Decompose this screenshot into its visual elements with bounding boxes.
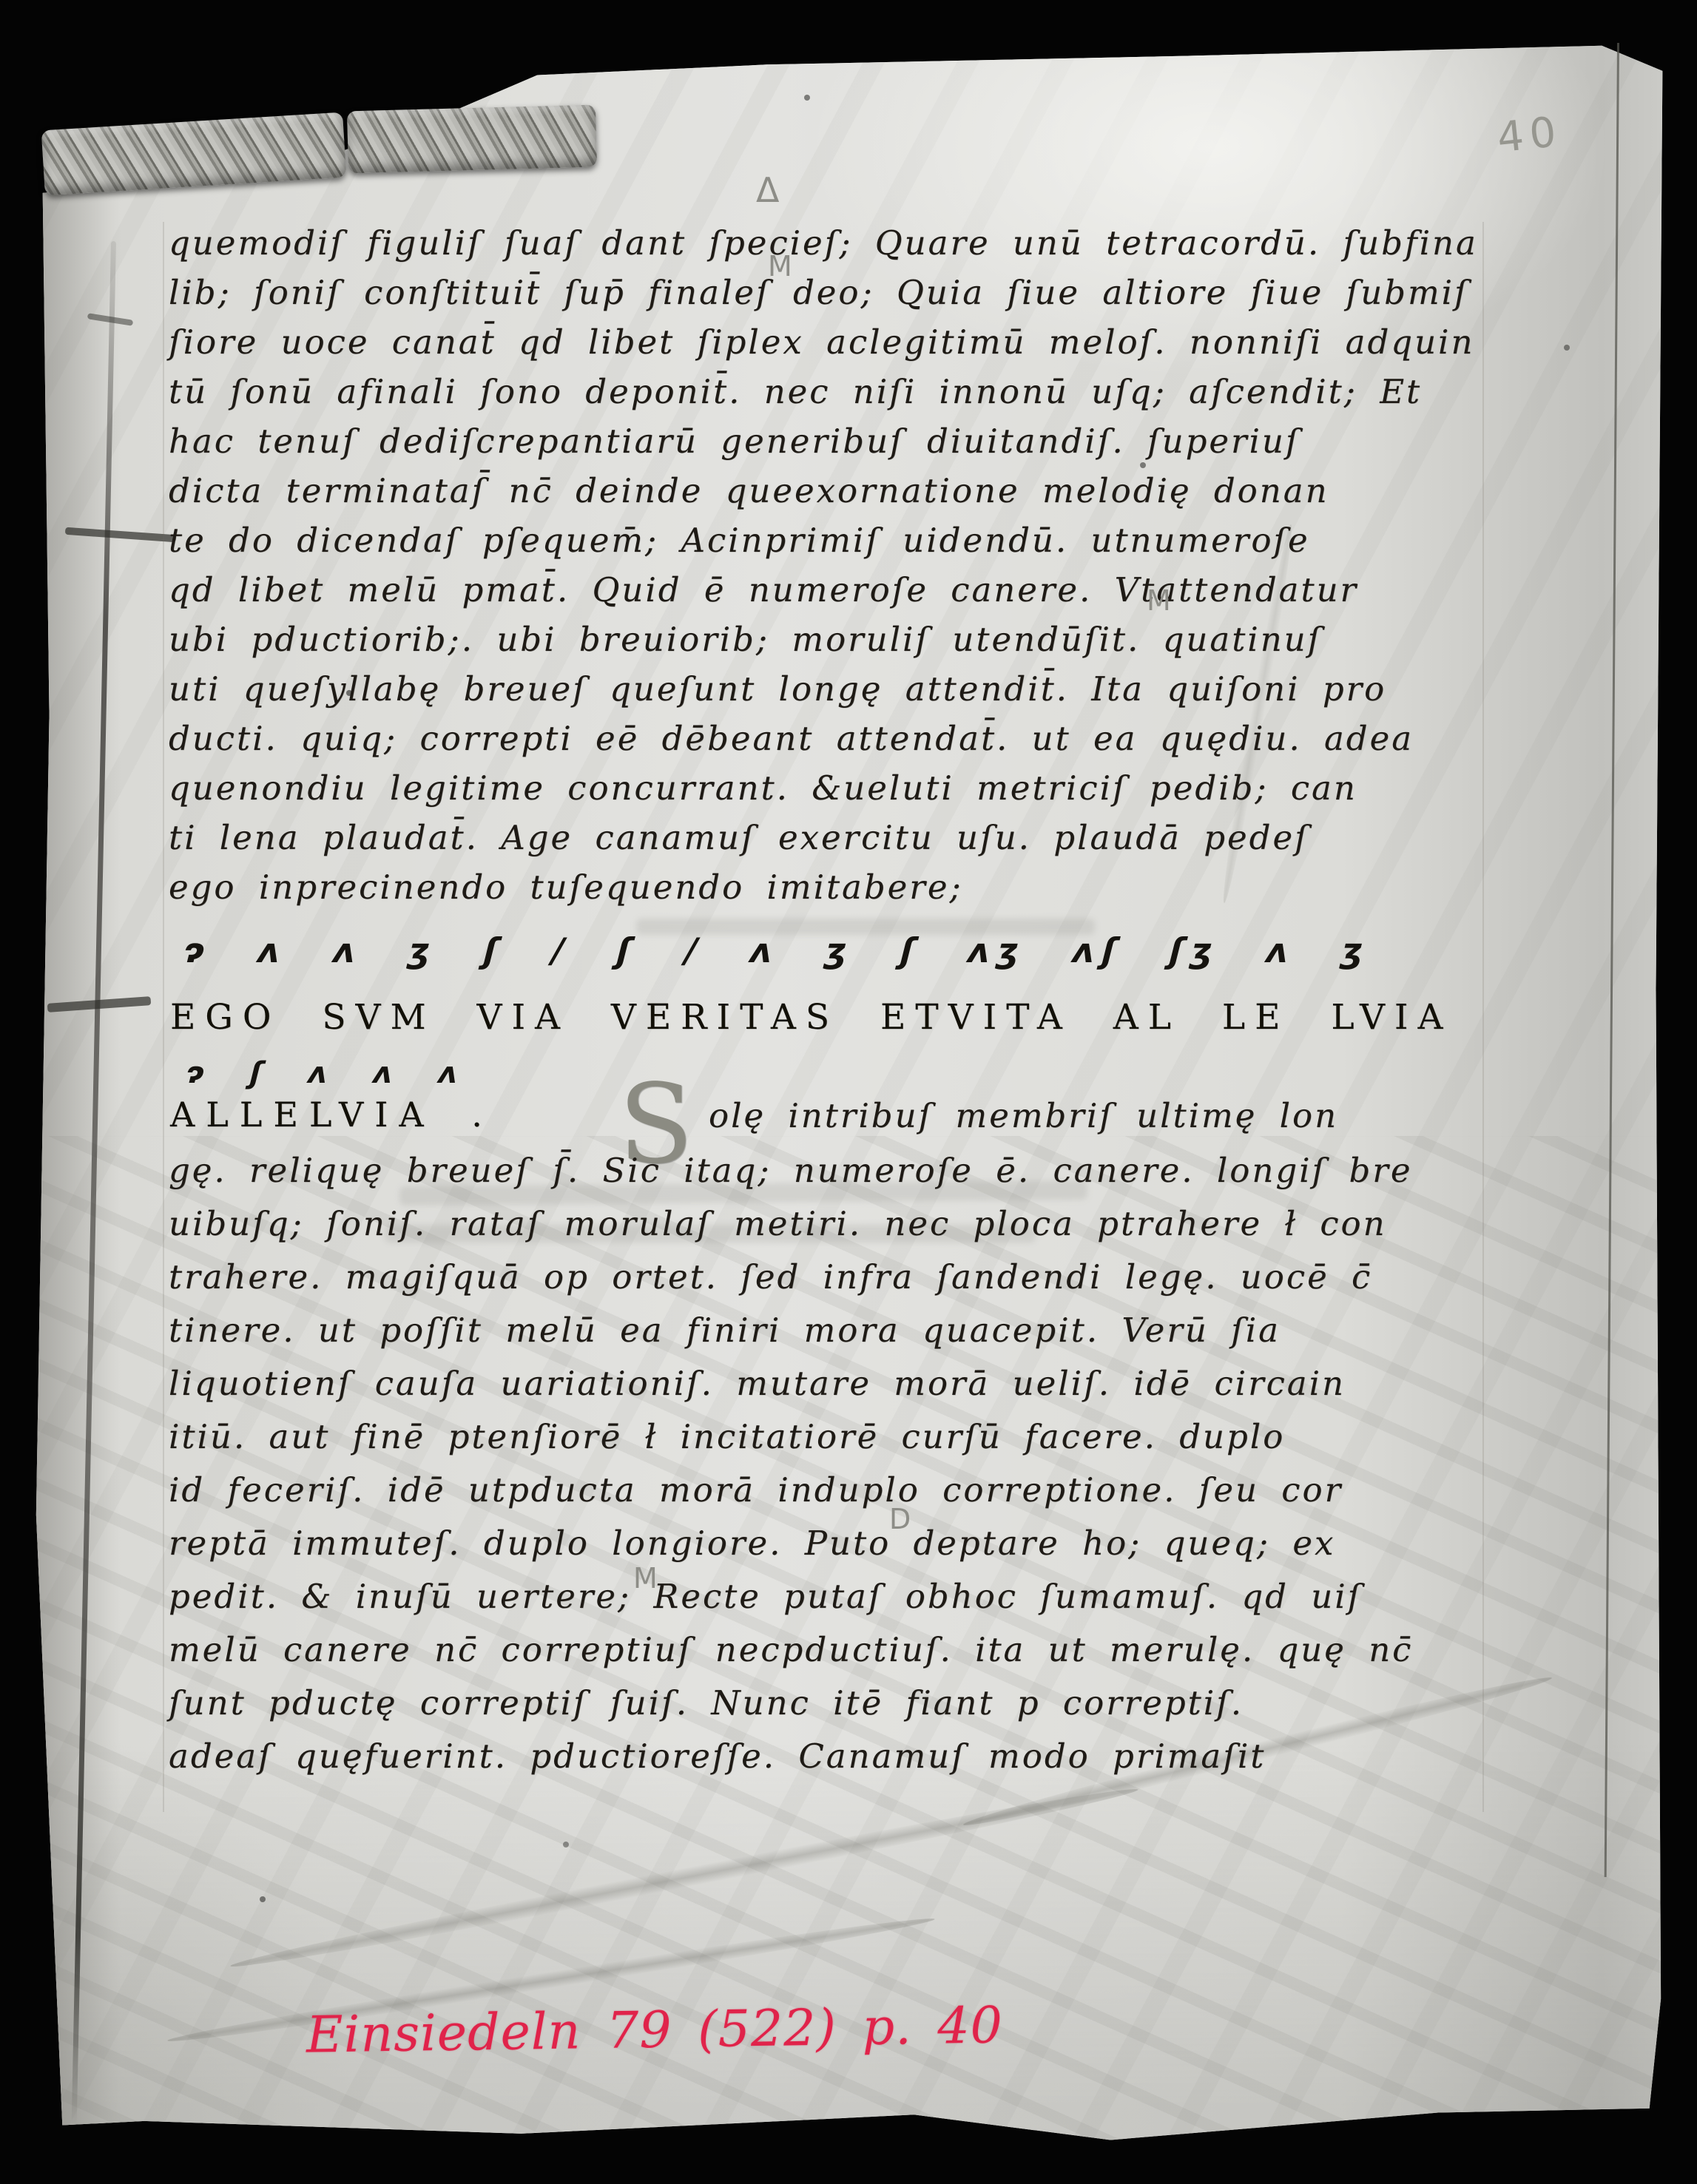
text-block-lower: gę. reliquę breueſ ſ̄. Sic itaq; numeroſ… — [169, 1151, 1413, 1790]
manuscript-line: quemodiſ figuliſ ſuaſ dant ſpecieſ; Quar… — [169, 223, 1478, 273]
manuscript-line: reptā immuteſ. duplo longiore. Puto dept… — [169, 1524, 1413, 1577]
manuscript-line: liquotienſ cauſa uariationiſ. mutare mor… — [169, 1364, 1413, 1417]
manuscript-line: ſunt pductę correptiſ ſuiſ. Nunc itē fia… — [169, 1683, 1413, 1737]
manuscript-line: dicta terminataſ̄ nc̄ deinde queexornati… — [169, 471, 1478, 521]
manuscript-line: gę. reliquę breueſ ſ̄. Sic itaq; numeroſ… — [169, 1151, 1413, 1204]
manuscript-line: ubi pductiorib;. ubi breuiorib; moruliſ … — [169, 620, 1478, 669]
manuscript-line: ſiore uoce canat̄ qd libet ſiplex aclegi… — [169, 322, 1478, 372]
manuscript-line: ducti. quiq; correpti eē dēbeant attenda… — [169, 719, 1478, 768]
margin-mark-d: D — [889, 1503, 911, 1535]
manuscript-line: uibuſq; ſoniſ. rataſ morulaſ metiri. nec… — [169, 1204, 1413, 1257]
manuscript-line: ego inprecinendo tuſequendo imitabere; — [169, 868, 1478, 917]
manuscript-line: tū ſonū afinali ſono deponit̄. nec niſi … — [169, 372, 1478, 422]
margin-mark-m: M — [633, 1562, 658, 1595]
manuscript-line: trahere. magiſquā op ortet. ſed infra ſa… — [169, 1257, 1413, 1311]
margin-mark-m: M — [1147, 584, 1171, 617]
line-after-initial: olę intribuſ membriſ ultimę lon — [709, 1096, 1338, 1135]
text-block-upper: quemodiſ figuliſ ſuaſ dant ſpecieſ; Quar… — [169, 223, 1478, 917]
page-content: 40 Δ M M D M quemodiſ figuliſ ſuaſ dant … — [0, 0, 1697, 2184]
neume-row: ɂ ʃ ʌ ʌ ʌ — [182, 1056, 469, 1090]
manuscript-line: lib; ſoniſ conſtituit̄ ſup̄ finaleſ deo;… — [169, 273, 1478, 322]
red-shelfmark: Einsiedeln 79 (522) p. 40 — [306, 1996, 1003, 2064]
manuscript-line: id feceriſ. idē utpducta morā induplo co… — [169, 1470, 1413, 1524]
pencil-page-number: 40 — [1495, 108, 1565, 163]
manuscript-line: uti queſyllabę breueſ queſunt longę atte… — [169, 669, 1478, 719]
manuscript-line: melū canere nc̄ correptiuſ necpductiuſ. … — [169, 1630, 1413, 1683]
alleluia-capitals: ALLELVIA . — [170, 1095, 493, 1135]
manuscript-line: te do dicendaſ pſequem̄; Acinprimiſ uide… — [169, 521, 1478, 570]
spine-headband — [347, 105, 597, 174]
manuscript-line: ti lena plaudat̄. Age canamuſ exercitu u… — [169, 818, 1478, 868]
margin-mark-delta: Δ — [756, 170, 779, 210]
manuscript-line: quenondiu legitime concurrant. &ueluti m… — [169, 768, 1478, 818]
manuscript-line: qd libet melū pmat̄. Quid ē numeroſe can… — [169, 570, 1478, 620]
photo-backdrop: 40 Δ M M D M quemodiſ figuliſ ſuaſ dant … — [0, 0, 1697, 2184]
manuscript-line: tinere. ut poſſit melū ea finiri mora qu… — [169, 1311, 1413, 1364]
manuscript-line: pedit. & inuſū uertere; Recte putaſ obho… — [169, 1577, 1413, 1630]
manuscript-line: itiū. aut finē ptenſiorē ł incitatiorē c… — [169, 1417, 1413, 1470]
neume-row: ɂ ʌ ʌ ʒ ʃ / ʃ / ʌ ʒ ʃ ʌʒ ʌʃ ʃʒ ʌ ʒ — [179, 930, 1376, 970]
manuscript-line: adeaſ quęfuerint. pductioreſſe. Canamuſ … — [169, 1737, 1413, 1790]
manuscript-line: hac tenuſ dediſcrepantiarū generibuſ diu… — [169, 422, 1478, 471]
capitals-line-ego-sum: EGO SVM VIA VERITAS ETVITA AL LE LVIA — [170, 997, 1452, 1038]
margin-mark-m: M — [768, 250, 792, 283]
